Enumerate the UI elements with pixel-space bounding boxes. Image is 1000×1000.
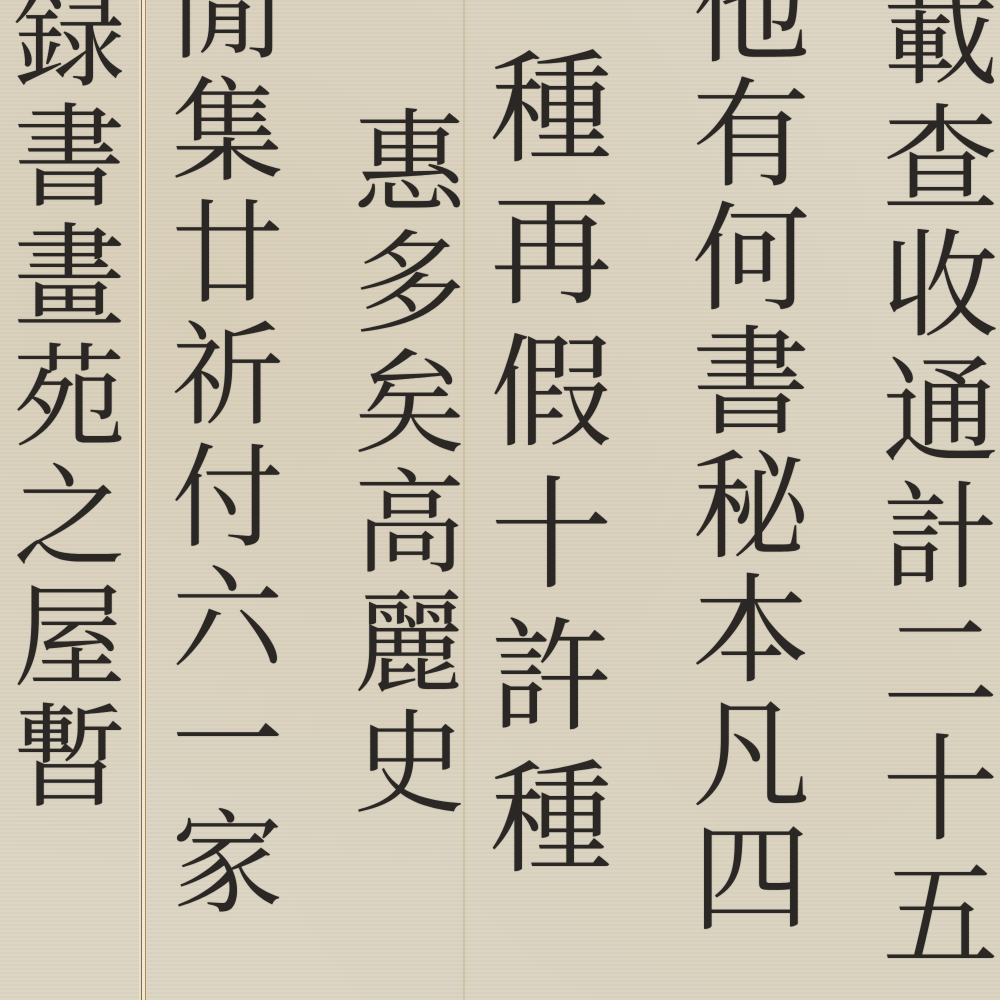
calligraphy-column-5: 閒集廿祈付六一家 (162, 0, 274, 926)
calligraphy-column-1: 載查收通計二十五 (872, 0, 988, 980)
calligraphy-column-6: 録書畫苑之屋暫 (4, 0, 116, 818)
calligraphy-column-4: 惠多矣高麗史 (344, 104, 456, 824)
calligraphy-column-2: 他有何書秘本凡四 (682, 0, 800, 940)
calligraphy-paper: 載查收通計二十五 他有何書秘本凡四 種再假十許種 惠多矣高麗史 閒集廿祈付六一家… (0, 0, 1000, 1000)
paper-seam-left (139, 0, 147, 1000)
calligraphy-column-3: 種再假十許種 (480, 44, 602, 896)
